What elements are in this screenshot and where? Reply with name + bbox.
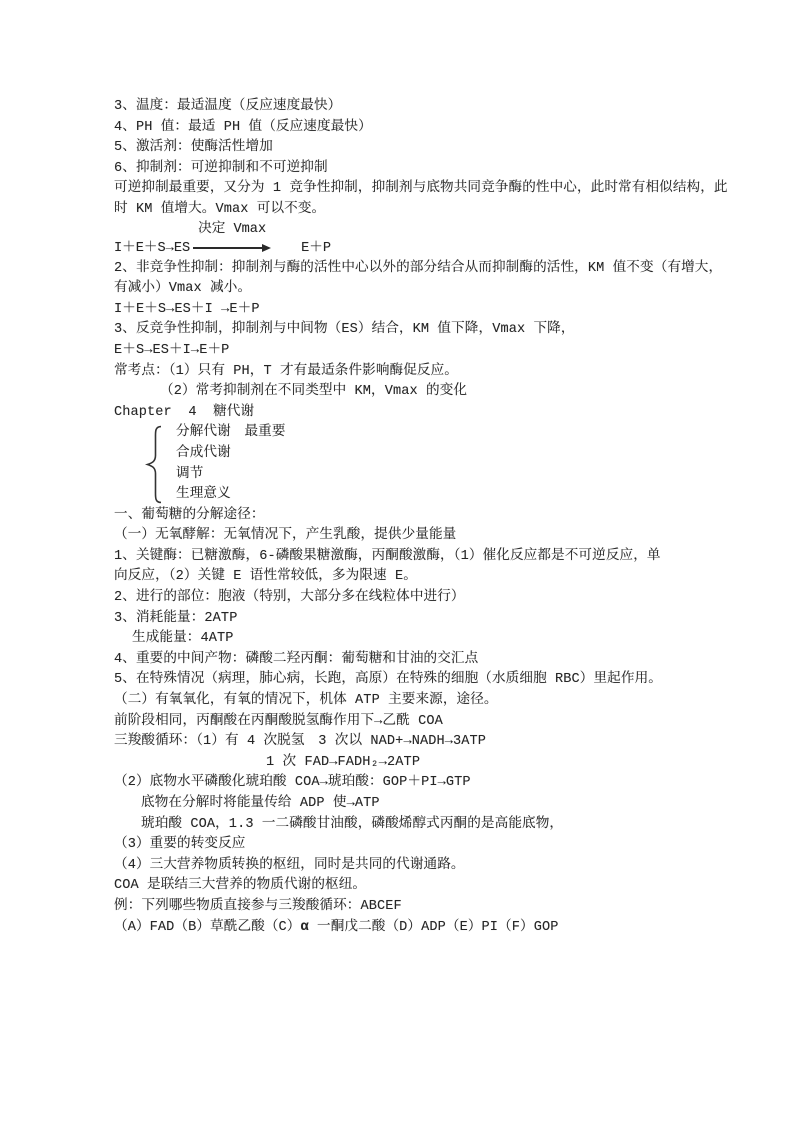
text-line: 5、激活剂：使酶活性增加	[114, 138, 734, 159]
chapter-heading: Chapter 4 糖代谢	[114, 403, 734, 424]
text-line: 琥珀酸 COA，1.3 一二磷酸甘油酸，磷酸烯醇式丙酮的是高能底物，	[114, 815, 734, 836]
text-line: 三羧酸循环：（1）有 4 次脱氢 3 次以 NAD+→NADH→3ATP	[114, 732, 734, 753]
text-line: 3、反竞争性抑制，抑制剂与中间物（ES）结合，KM 值下降，Vmax 下降，	[114, 320, 734, 341]
text-line: 有减小）Vmax 减小。	[114, 279, 734, 300]
chapter-outline: 分解代谢 最重要 合成代谢 调节 生理意义	[114, 423, 734, 505]
text-line: 5、在特殊情况（病理，肺心病，长跑，高原）在特殊的细胞（水质细胞 RBC）里起作…	[114, 670, 734, 691]
choices-post: 一酮戊二酸（D）ADP（E）PI（F）GOP	[309, 920, 559, 935]
curly-brace-icon	[144, 425, 164, 504]
example-question: 例：下列哪些物质直接参与三羧酸循环：ABCEF	[114, 897, 734, 918]
text-line: 可逆抑制最重要，又分为 1 竞争性抑制，抑制剂与底物共同竞争酶的性中心，此时常有…	[114, 179, 734, 200]
text-line: 3、温度：最适温度（反应速度最快）	[114, 97, 734, 118]
text-line: 4、PH 值：最适 PH 值（反应速度最快）	[114, 118, 734, 139]
reaction-equation: E＋S→ES＋I→E＋P	[114, 341, 734, 362]
text-line: 3、消耗能量：2ATP	[114, 609, 734, 630]
section-heading: 一、葡萄糖的分解途径：	[114, 506, 734, 527]
text-line: （二）有氧氧化，有氧的情况下，机体 ATP 主要来源，途径。	[114, 691, 734, 712]
text-line: 2、进行的部位：胞液（特别，大部分多在线粒体中进行）	[114, 588, 734, 609]
text-line: 底物在分解时将能量传给 ADP 使→ATP	[114, 794, 734, 815]
reaction-arrow-label: 决定 Vmax	[198, 221, 266, 238]
text-line: 向反应，（2）关键 E 语性常较低，多为限速 E。	[114, 567, 734, 588]
text-line: 1 次 FAD→FADH₂→2ATP	[114, 753, 734, 774]
brace-item: 调节	[114, 465, 734, 486]
alpha-symbol: α	[300, 920, 308, 935]
text-line: 常考点：（1）只有 PH，T 才有最适条件影响酶促反应。	[114, 362, 734, 383]
text-line: 前阶段相同，丙酮酸在丙酮酸脱氢酶作用下→乙酰 COA	[114, 712, 734, 733]
choices-pre: （A）FAD（B）草酰乙酸（C）	[114, 920, 300, 935]
brace-item: 生理意义	[114, 485, 734, 506]
reaction-equation: I＋E＋S→ES＋I →E＋P	[114, 300, 734, 321]
document-page: 3、温度：最适温度（反应速度最快） 4、PH 值：最适 PH 值（反应速度最快）…	[114, 97, 734, 938]
reaction-equation: I＋E＋S→ES 决定 Vmax E＋P	[114, 221, 734, 259]
example-choices: （A）FAD（B）草酰乙酸（C）α 一酮戊二酸（D）ADP（E）PI（F）GOP	[114, 918, 734, 939]
text-line: 2、非竞争性抑制：抑制剂与酶的活性中心以外的部分结合从而抑制酶的活性，KM 值不…	[114, 259, 734, 280]
text-line: 6、抑制剂：可逆抑制和不可逆抑制	[114, 159, 734, 180]
text-line: 生成能量：4ATP	[114, 629, 734, 650]
brace-item: 合成代谢	[114, 444, 734, 465]
text-line: （4）三大营养物质转换的枢纽，同时是共同的代谢通路。	[114, 856, 734, 877]
text-line: （2）底物水平磷酸化琥珀酸 COA→琥珀酸：GOP＋PI→GTP	[114, 773, 734, 794]
long-right-arrow-icon	[193, 238, 271, 259]
text-line: （3）重要的转变反应	[114, 835, 734, 856]
text-line: 1、关键酶：已糖激酶，6-磷酸果糖激酶，丙酮酸激酶，（1）催化反应都是不可逆反应…	[114, 547, 734, 568]
text-line: COA 是联结三大营养的物质代谢的枢纽。	[114, 876, 734, 897]
reaction-arrow-group: 决定 Vmax	[193, 221, 271, 259]
reaction-right-term: E＋P	[301, 238, 331, 259]
reaction-left-term: I＋E＋S→ES	[114, 238, 190, 259]
text-line: 时 KM 值增大。Vmax 可以不变。	[114, 200, 734, 221]
text-line: （2）常考抑制剂在不同类型中 KM，Vmax 的变化	[114, 382, 734, 403]
text-line: 4、重要的中间产物：磷酸二羟丙酮：葡萄糖和甘油的交汇点	[114, 650, 734, 671]
text-line: （一）无氧酵解：无氧情况下，产生乳酸，提供少量能量	[114, 526, 734, 547]
brace-item: 分解代谢 最重要	[114, 423, 734, 444]
